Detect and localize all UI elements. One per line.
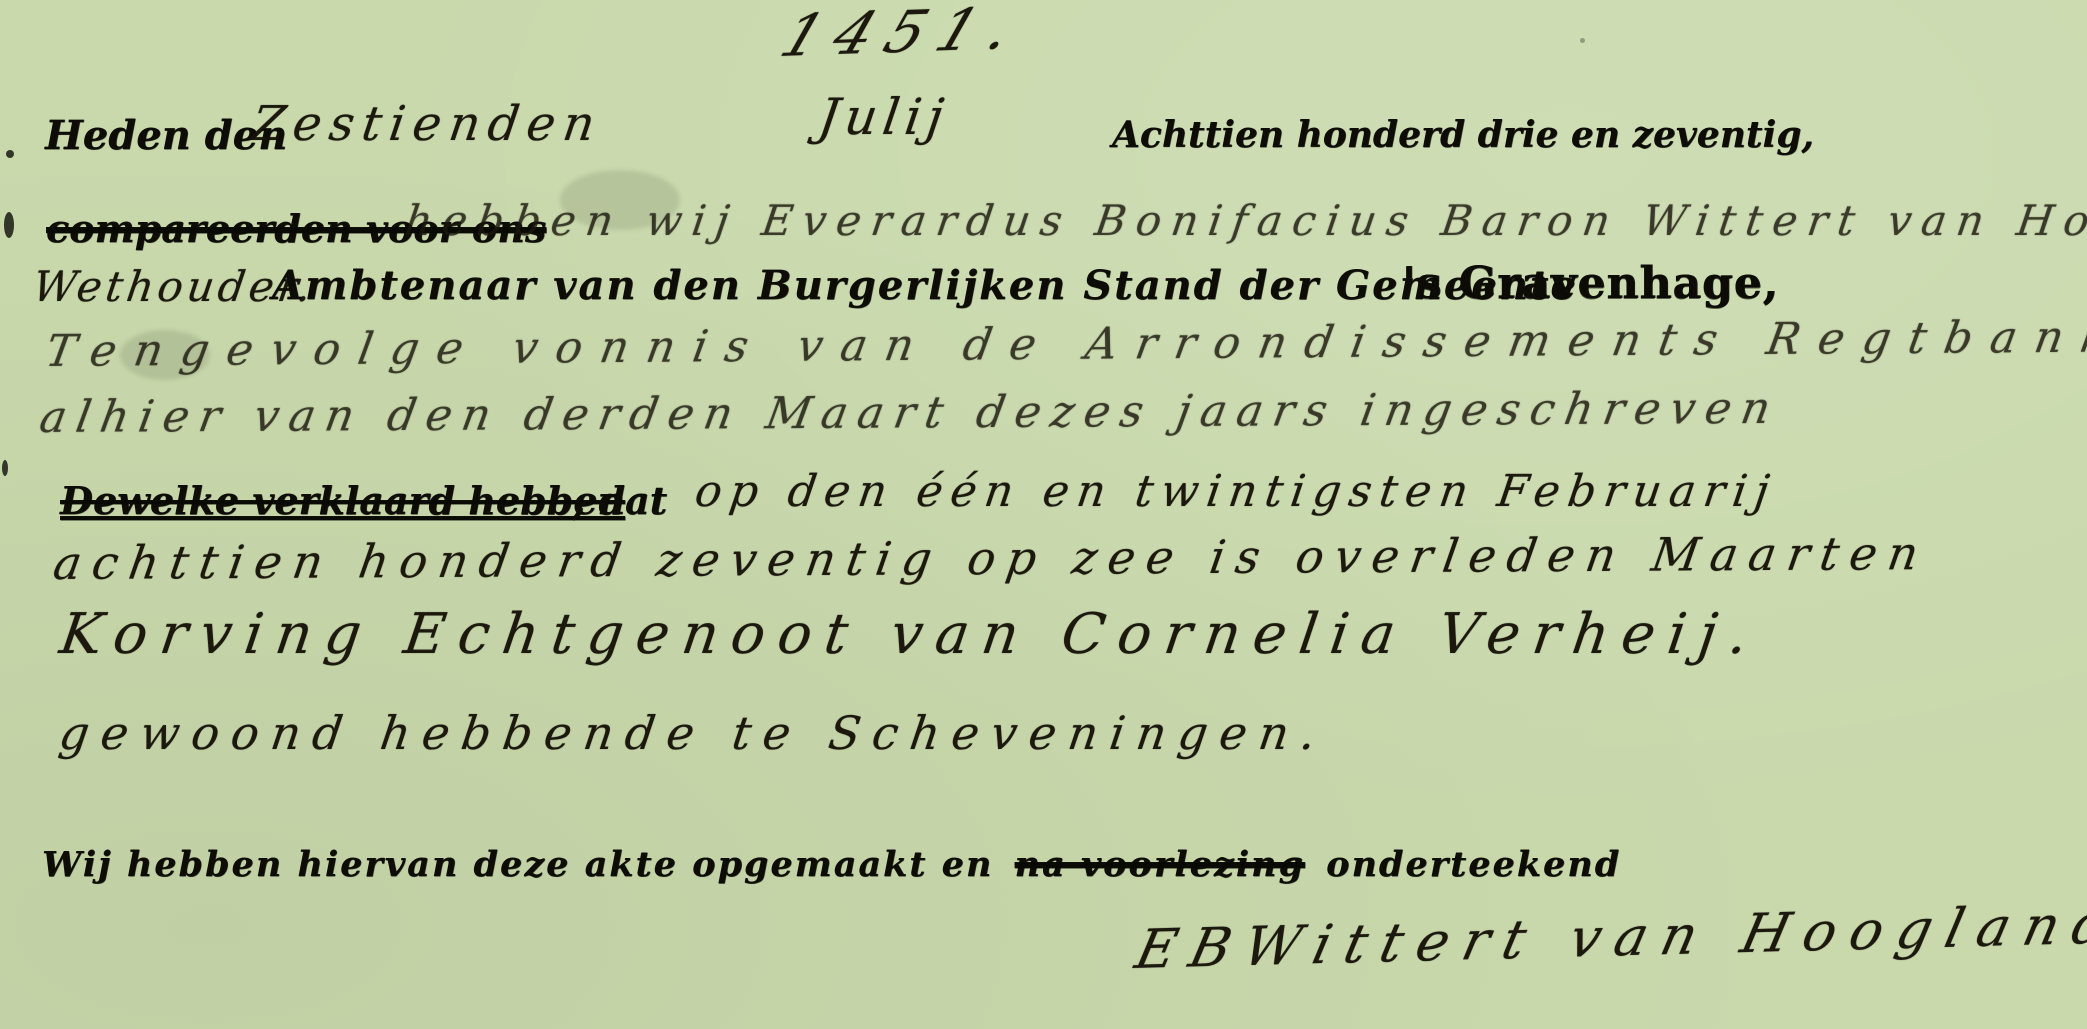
- registrar-signature: EBWittert van Hoogland: [1130, 892, 2087, 981]
- blackletter-gravenhage: 's Gravenhage,: [1402, 258, 1779, 309]
- printed-na-voorlezing-struck: na voorlezing: [1015, 844, 1305, 885]
- handwritten-month: Julij: [815, 88, 953, 146]
- printed-dat: , dat: [572, 478, 667, 523]
- scan-speck: [1580, 38, 1585, 43]
- scanned-death-record: 1451. Heden den Zestienden Julij Achttie…: [0, 0, 2087, 1029]
- scan-speck: [6, 150, 14, 158]
- scan-speck: [4, 212, 14, 238]
- scan-speck: [2, 460, 8, 476]
- handwritten-residence: gewoond hebbende te Scheveningen.: [56, 706, 1331, 760]
- printed-closing-b: onderteekend: [1326, 844, 1621, 885]
- printed-closing-a: Wij hebben hiervan deze akte opgemaakt e…: [42, 844, 993, 885]
- handwritten-overleden-line: achttien honderd zeventig op zee is over…: [50, 526, 1933, 590]
- handwritten-day: Zestienden: [248, 96, 606, 152]
- record-number: 1451.: [772, 0, 1036, 70]
- handwritten-registrar-name: hebben wij Everardus Bonifacius Baron Wi…: [402, 196, 2087, 245]
- handwritten-vonnis-line: Tengevolge vonnis van de Arrondissements…: [42, 311, 2087, 377]
- printed-year: Achttien honderd drie en zeventig,: [1112, 114, 1814, 156]
- handwritten-death-date: op den één en twintigsten Februarij: [692, 466, 1780, 517]
- printed-ambtenaar: Ambtenaar van den Burgerlijken Stand der…: [272, 262, 1578, 309]
- printed-dewelke-struck: Dewelke verklaard hebben: [60, 478, 625, 523]
- closing-clause: Wij hebben hiervan deze akte opgemaakt e…: [42, 844, 1621, 885]
- handwritten-deceased-name: Korving Echtgenoot van Cornelia Verheij.: [56, 602, 1765, 667]
- handwritten-alhier-line: alhier van den derden Maart dezes jaars …: [36, 383, 1784, 443]
